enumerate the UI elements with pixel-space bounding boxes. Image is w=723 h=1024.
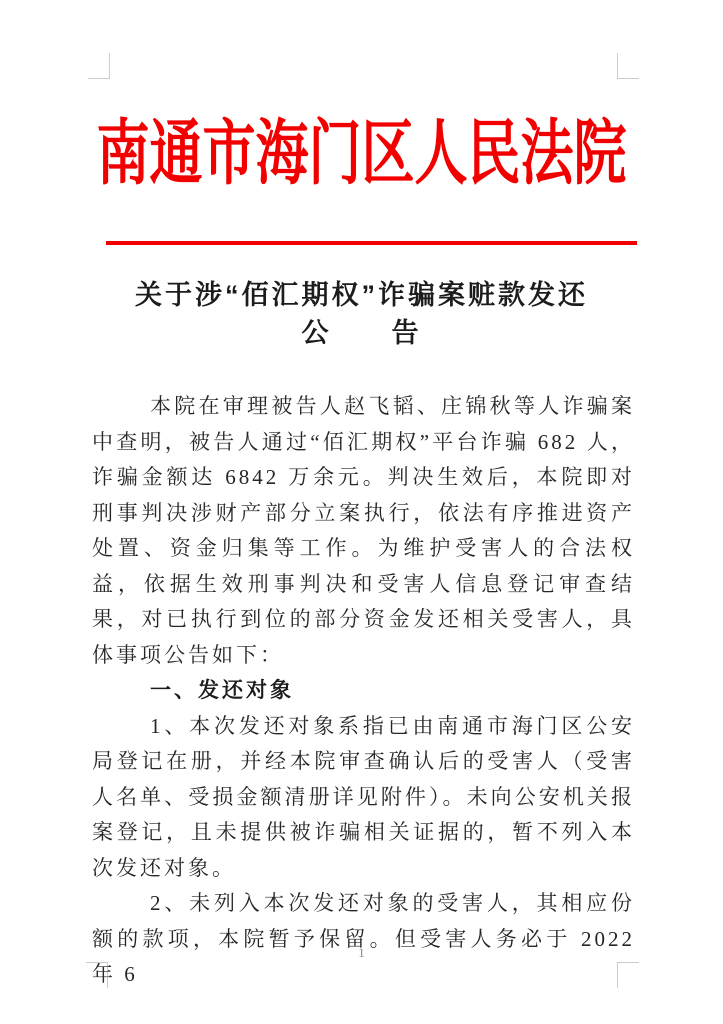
page-footer: 1 [0,944,723,962]
margin-mark-top-left [88,53,110,79]
document-page: 南通市海门区人民法院 关于涉“佰汇期权”诈骗案赃款发还 公 告 本院在审理被告人… [0,0,723,1024]
document-title: 关于涉“佰汇期权”诈骗案赃款发还 公 告 [89,276,634,352]
letterhead-rule [106,241,637,245]
document-title-line2: 公 告 [89,314,634,352]
court-letterhead: 南通市海门区人民法院 [0,98,723,198]
paragraph-item-1: 1、本次发还对象系指已由南通市海门区公安局登记在册，并经本院审查确认后的受害人（… [92,709,635,887]
document-body: 本院在审理被告人赵飞韬、庄锦秋等人诈骗案中查明，被告人通过“佰汇期权”平台诈骗 … [92,389,635,993]
margin-mark-top-right [617,53,639,79]
court-name: 南通市海门区人民法院 [97,97,627,199]
paragraph-item-2: 2、未列入本次发还对象的受害人，其相应份额的款项，本院暂予保留。但受害人务必于 … [92,886,635,993]
section-heading-return-targets: 一、发还对象 [92,673,635,709]
document-title-line1: 关于涉“佰汇期权”诈骗案赃款发还 [89,276,634,314]
page-number: 1 [358,945,365,960]
paragraph-intro: 本院在审理被告人赵飞韬、庄锦秋等人诈骗案中查明，被告人通过“佰汇期权”平台诈骗 … [92,389,635,673]
